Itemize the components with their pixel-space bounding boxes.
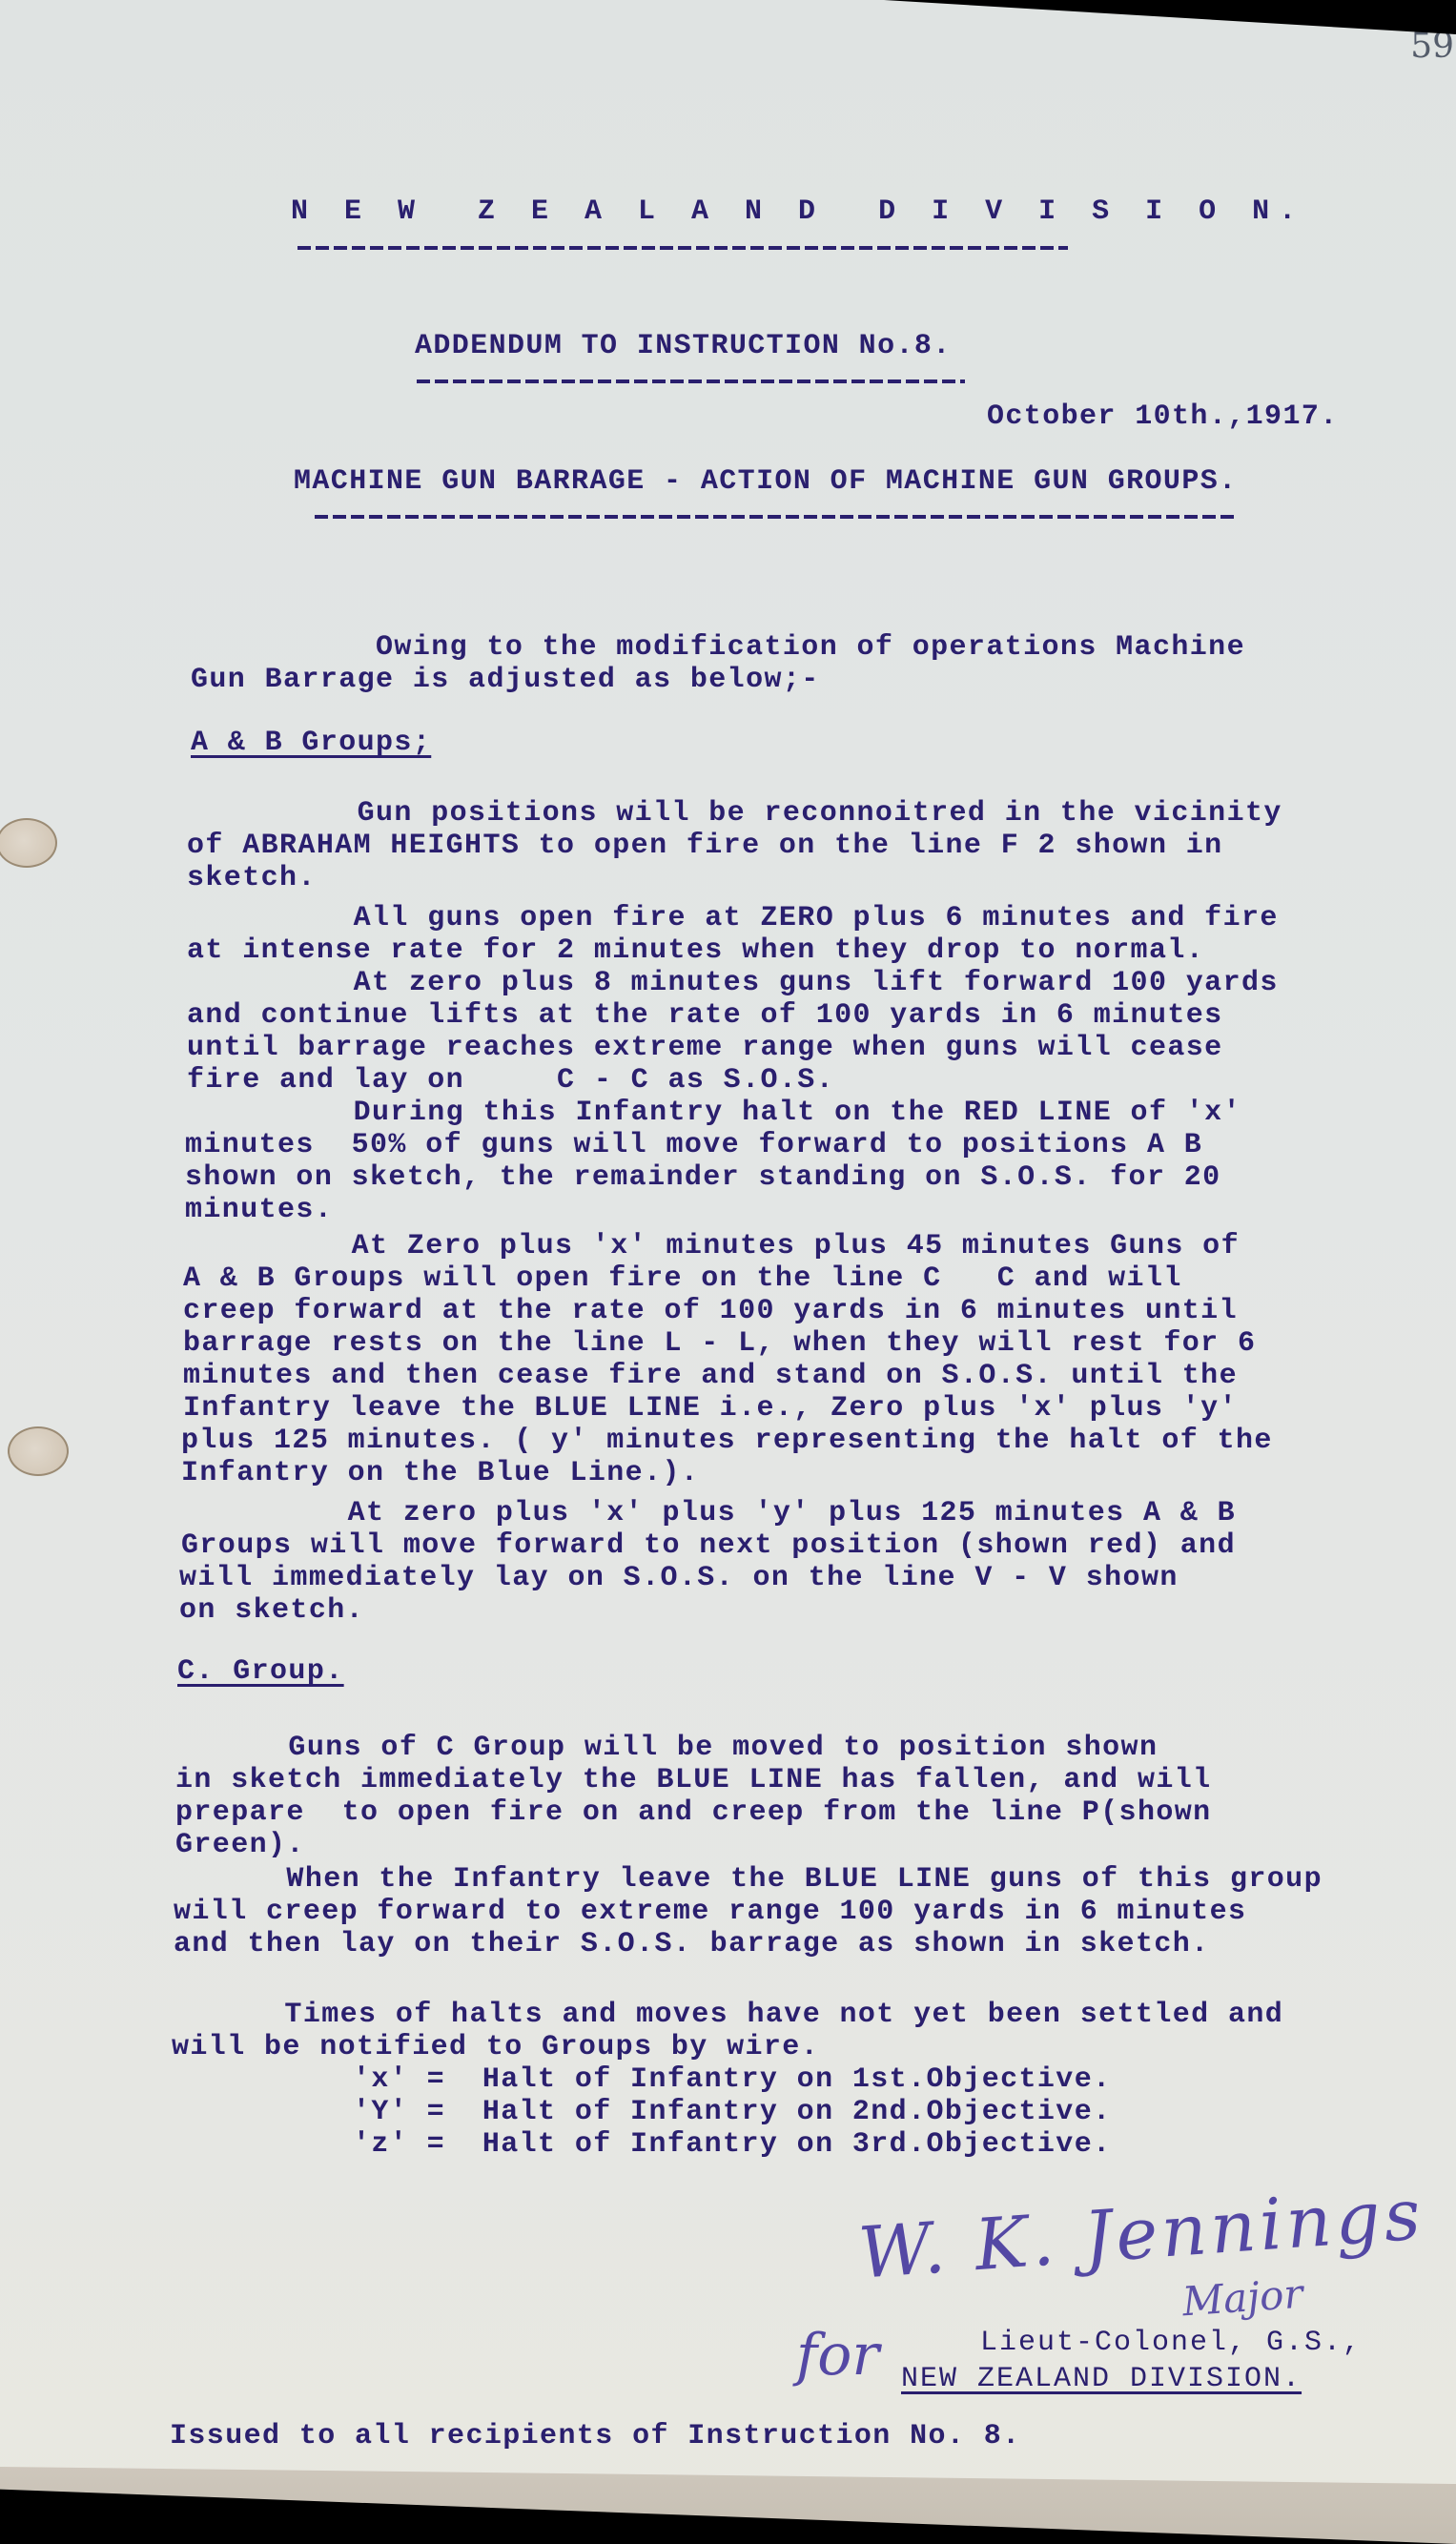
subject-heading: MACHINE GUN BARRAGE - ACTION OF MACHINE … xyxy=(294,465,1238,498)
definition-y: 'Y' = Halt of Infantry on 2nd.Objective. xyxy=(353,2096,1112,2128)
body-line: sketch. xyxy=(187,862,317,894)
body-line: prepare to open fire on and creep from t… xyxy=(175,1796,1212,1829)
body-line: and then lay on their S.O.S. barrage as … xyxy=(174,1928,1210,1960)
document-title: ADDENDUM TO INSTRUCTION No.8. xyxy=(415,330,952,362)
intro-line: Owing to the modification of operations … xyxy=(191,631,1245,664)
body-line: At zero plus 8 minutes guns lift forward… xyxy=(187,967,1279,999)
signatory-rank: Lieut-Colonel, G.S., xyxy=(980,2327,1362,2359)
for-prefix: for xyxy=(796,2322,879,2389)
body-line: shown on sketch, the remainder standing … xyxy=(185,1161,1221,1194)
body-line: When the Infantry leave the BLUE LINE gu… xyxy=(175,1863,1323,1896)
body-line: on sketch. xyxy=(179,1594,364,1627)
subject-underline xyxy=(315,515,1238,519)
body-line: plus 125 minutes. ( y' minutes represent… xyxy=(181,1425,1273,1457)
organization-underline xyxy=(297,246,1068,250)
body-line: of ABRAHAM HEIGHTS to open fire on the l… xyxy=(187,830,1223,862)
body-line: Groups will move forward to next positio… xyxy=(181,1529,1236,1562)
handwritten-rank: Major xyxy=(1180,2270,1304,2326)
closing-line: Times of halts and moves have not yet be… xyxy=(174,1999,1283,2031)
title-underline xyxy=(417,380,965,383)
body-line: At Zero plus 'x' minutes plus 45 minutes… xyxy=(185,1230,1240,1262)
body-line: will creep forward to extreme range 100 … xyxy=(174,1896,1246,1928)
handwritten-signature: W. K. Jennings xyxy=(856,2173,1427,2294)
organization-heading: N E W Z E A L A N D D I V I S I O N. xyxy=(291,195,1305,228)
intro-line: Gun Barrage is adjusted as below;- xyxy=(191,664,820,696)
section-heading-ab-groups: A & B Groups; xyxy=(191,727,431,759)
document-page: 59 N E W Z E A L A N D D I V I S I O N. … xyxy=(0,0,1456,2544)
punch-hole-top xyxy=(0,818,57,868)
body-line: until barrage reaches extreme range when… xyxy=(187,1032,1223,1064)
body-line: creep forward at the rate of 100 yards i… xyxy=(183,1295,1238,1327)
body-line: All guns open fire at ZERO plus 6 minute… xyxy=(187,902,1279,934)
signatory-unit: NEW ZEALAND DIVISION. xyxy=(901,2363,1302,2395)
body-line: Gun positions will be reconnoitred in th… xyxy=(191,797,1282,830)
body-line: minutes and then cease fire and stand on… xyxy=(183,1360,1238,1392)
body-line: Infantry on the Blue Line.). xyxy=(181,1457,699,1489)
body-line: A & B Groups will open fire on the line … xyxy=(183,1262,1182,1295)
body-line: During this Infantry halt on the RED LIN… xyxy=(187,1097,1241,1129)
definition-z: 'z' = Halt of Infantry on 3rd.Objective. xyxy=(353,2128,1112,2161)
body-line: at intense rate for 2 minutes when they … xyxy=(187,934,1204,967)
scan-border-top xyxy=(884,0,1456,34)
body-line: Green). xyxy=(175,1829,305,1861)
section-heading-c-group: C. Group. xyxy=(177,1655,344,1688)
punch-hole-bottom xyxy=(8,1426,69,1476)
body-line: barrage rests on the line L - L, when th… xyxy=(183,1327,1256,1360)
body-line: At zero plus 'x' plus 'y' plus 125 minut… xyxy=(181,1497,1236,1529)
body-line: minutes 50% of guns will move forward to… xyxy=(185,1129,1202,1161)
body-line: in sketch immediately the BLUE LINE has … xyxy=(175,1764,1212,1796)
body-line: will immediately lay on S.O.S. on the li… xyxy=(179,1562,1179,1594)
definition-x: 'x' = Halt of Infantry on 1st.Objective. xyxy=(353,2063,1112,2096)
body-line: and continue lifts at the rate of 100 ya… xyxy=(187,999,1223,1032)
document-date: October 10th.,1917. xyxy=(987,400,1339,433)
closing-line: will be notified to Groups by wire. xyxy=(172,2031,819,2063)
body-line: Infantry leave the BLUE LINE i.e., Zero … xyxy=(183,1392,1238,1425)
distribution-note: Issued to all recipients of Instruction … xyxy=(170,2420,1021,2452)
body-line: minutes. xyxy=(185,1194,333,1226)
body-line: Guns of C Group will be moved to positio… xyxy=(177,1732,1158,1764)
body-line: fire and lay on C - C as S.O.S. xyxy=(187,1064,834,1097)
